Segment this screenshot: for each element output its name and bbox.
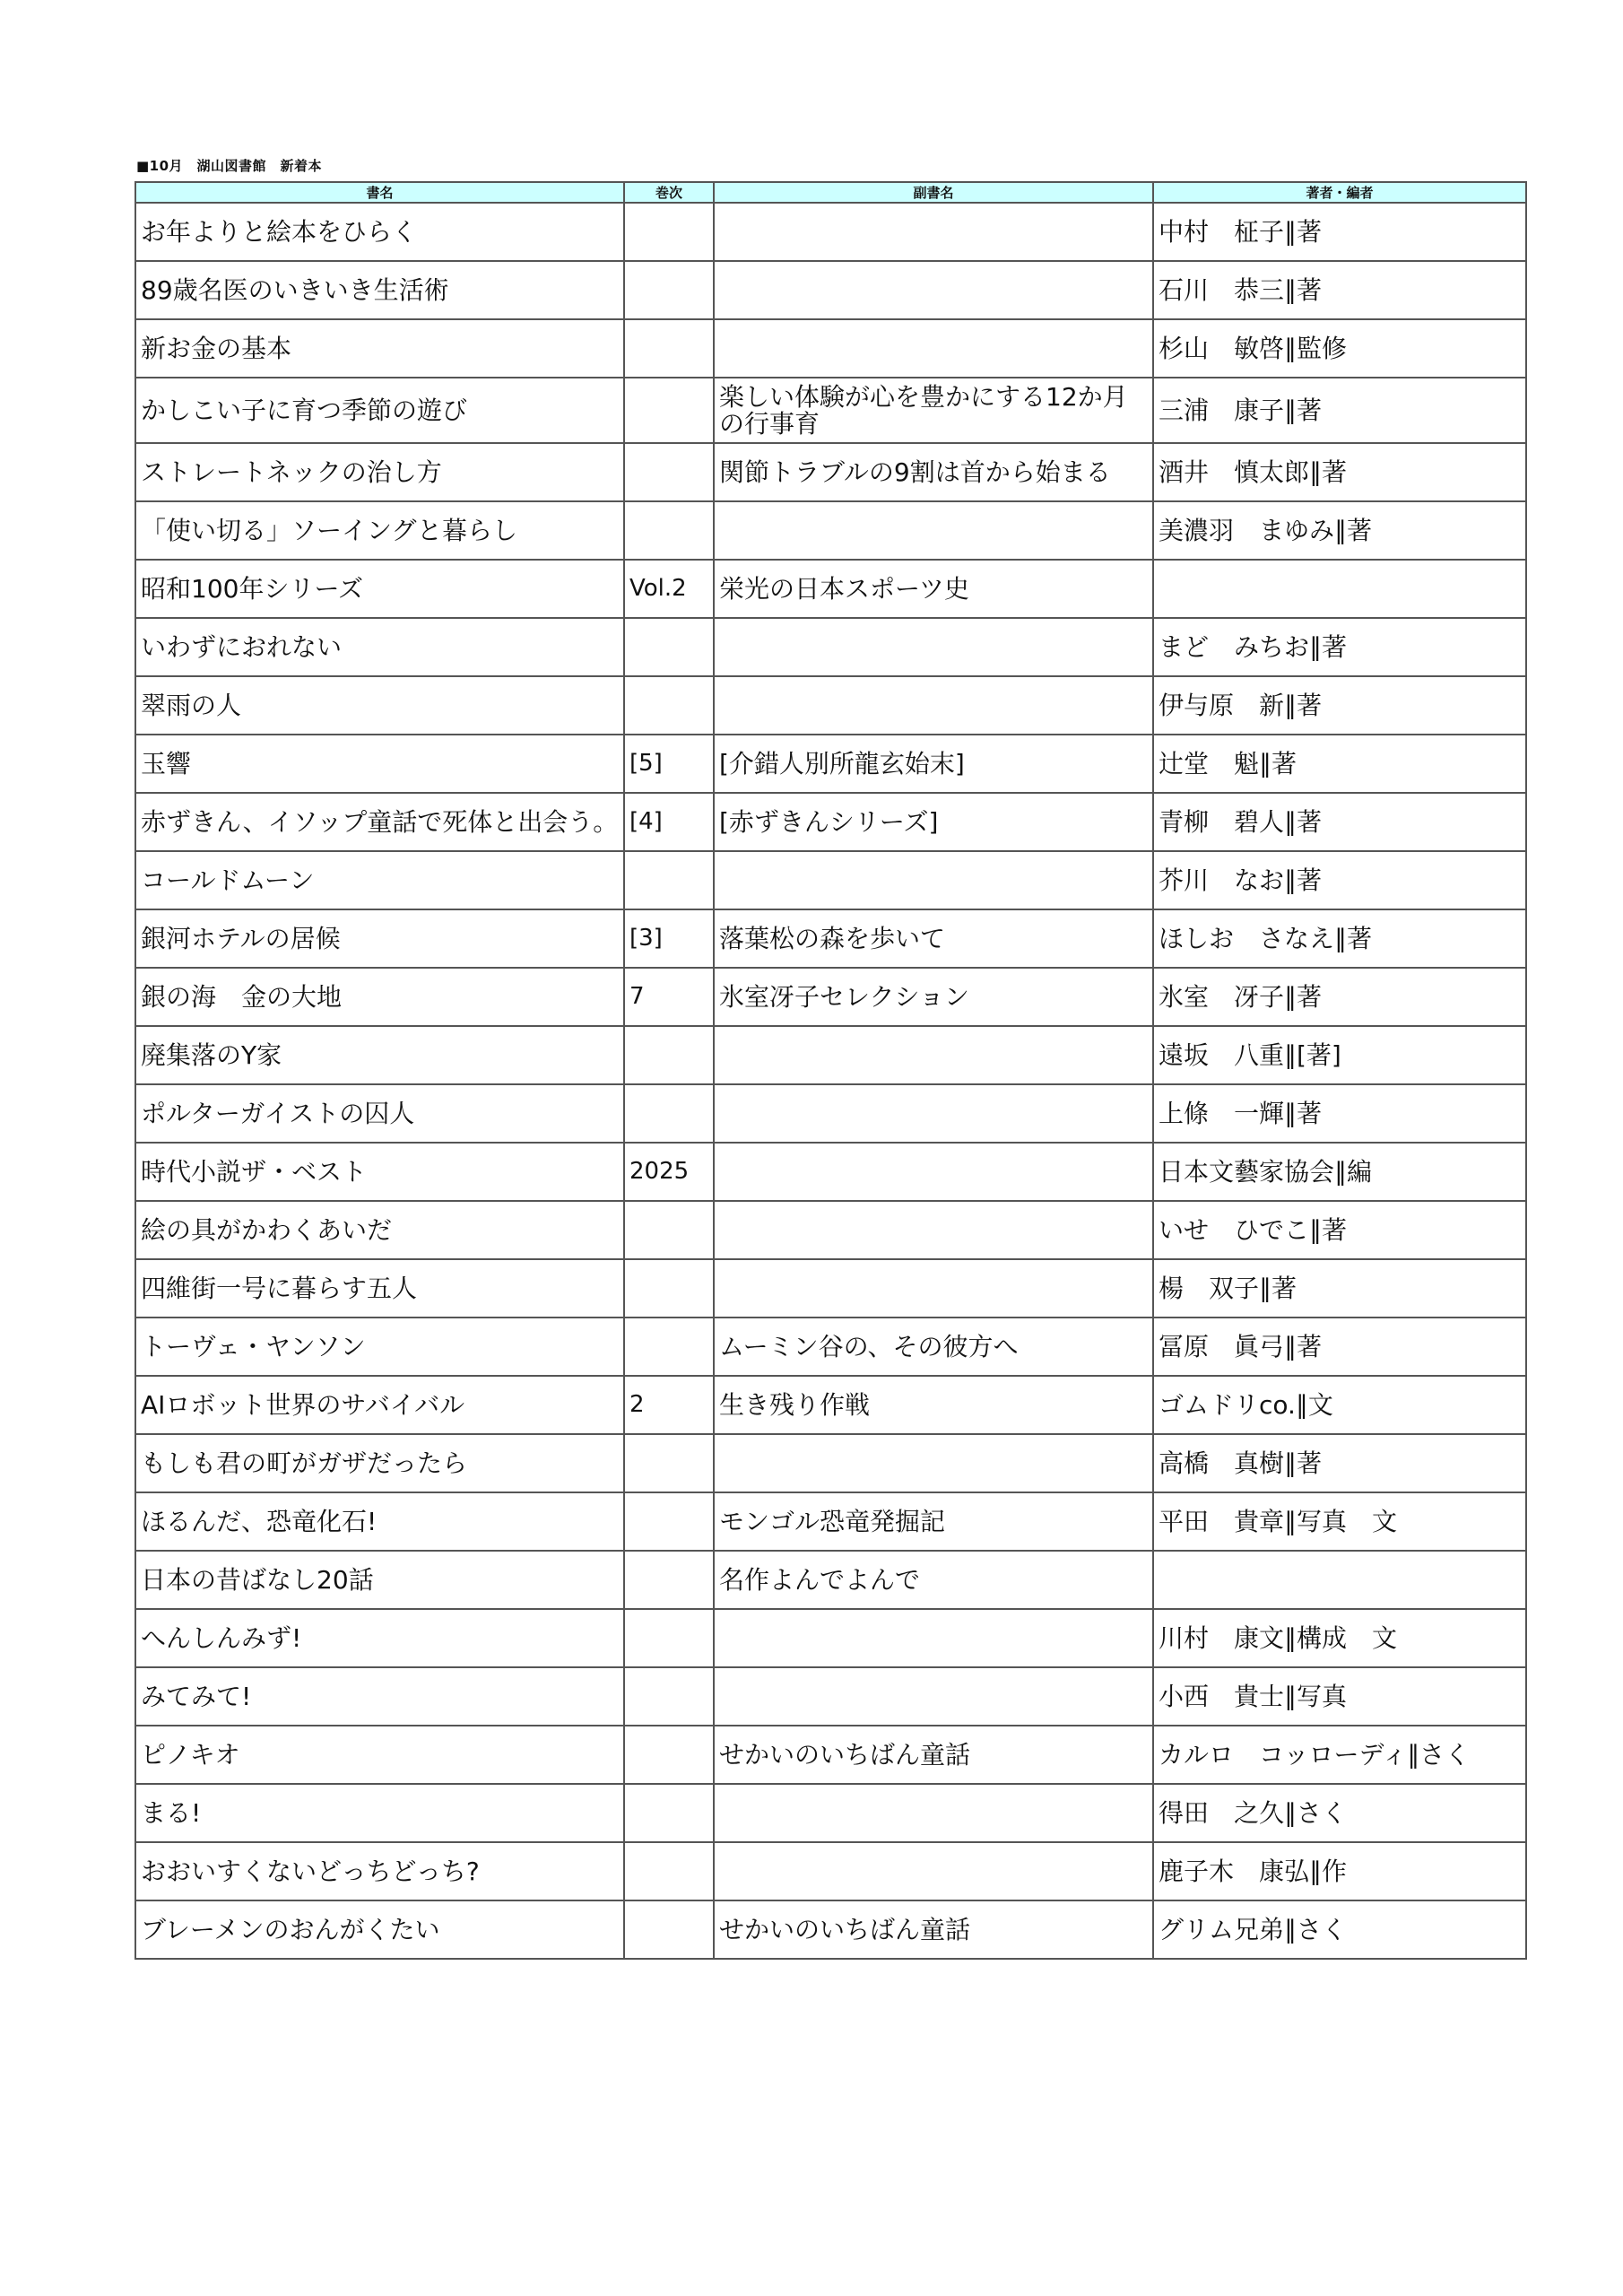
volume-cell bbox=[624, 1667, 714, 1726]
volume-cell bbox=[624, 1900, 714, 1959]
subtitle-cell: せかいのいちばん童話 bbox=[714, 1726, 1153, 1784]
author-cell: 青柳 碧人∥著 bbox=[1153, 793, 1526, 851]
author-cell: 美濃羽 まゆみ∥著 bbox=[1153, 501, 1526, 560]
book-title-cell: みてみて! bbox=[135, 1667, 624, 1726]
table-row: 新お金の基本杉山 敏啓∥監修 bbox=[135, 319, 1526, 378]
volume-cell bbox=[624, 1726, 714, 1784]
author-cell: 得田 之久∥さく bbox=[1153, 1784, 1526, 1842]
table-row: 玉響[5][介錯人別所龍玄始末]辻堂 魁∥著 bbox=[135, 735, 1526, 793]
author-cell: ほしお さなえ∥著 bbox=[1153, 909, 1526, 968]
table-row: ポルターガイストの囚人上條 一輝∥著 bbox=[135, 1084, 1526, 1143]
table-row: ピノキオせかいのいちばん童話カルロ コッローディ∥さく bbox=[135, 1726, 1526, 1784]
volume-cell bbox=[624, 501, 714, 560]
table-row: 銀の海 金の大地7氷室冴子セレクション氷室 冴子∥著 bbox=[135, 968, 1526, 1026]
author-cell: グリム兄弟∥さく bbox=[1153, 1900, 1526, 1959]
subtitle-cell bbox=[714, 501, 1153, 560]
book-title-cell: 昭和100年シリーズ bbox=[135, 560, 624, 618]
table-row: トーヴェ・ヤンソンムーミン谷の、その彼方へ冨原 眞弓∥著 bbox=[135, 1318, 1526, 1376]
table-header-row: 書名 巻次 副書名 著者・編者 bbox=[135, 182, 1526, 203]
book-title-cell: 四維街一号に暮らす五人 bbox=[135, 1259, 624, 1318]
author-cell: 三浦 康子∥著 bbox=[1153, 378, 1526, 443]
author-cell: いせ ひでこ∥著 bbox=[1153, 1201, 1526, 1259]
table-row: へんしんみず!川村 康文∥構成 文 bbox=[135, 1609, 1526, 1667]
table-row: 日本の昔ばなし20話名作よんでよんで bbox=[135, 1551, 1526, 1609]
book-title-cell: ほるんだ、恐竜化石! bbox=[135, 1492, 624, 1551]
author-cell: 冨原 眞弓∥著 bbox=[1153, 1318, 1526, 1376]
subtitle-cell bbox=[714, 1842, 1153, 1900]
table-row: 「使い切る」ソーイングと暮らし美濃羽 まゆみ∥著 bbox=[135, 501, 1526, 560]
book-title-cell: かしこい子に育つ季節の遊び bbox=[135, 378, 624, 443]
subtitle-cell: 氷室冴子セレクション bbox=[714, 968, 1153, 1026]
author-cell: 鹿子木 康弘∥作 bbox=[1153, 1842, 1526, 1900]
volume-cell: [3] bbox=[624, 909, 714, 968]
subtitle-cell: 生き残り作戦 bbox=[714, 1376, 1153, 1434]
book-title-cell: コールドムーン bbox=[135, 851, 624, 909]
book-title-cell: ポルターガイストの囚人 bbox=[135, 1084, 624, 1143]
book-title-cell: ストレートネックの治し方 bbox=[135, 443, 624, 501]
volume-cell: [4] bbox=[624, 793, 714, 851]
author-cell: 川村 康文∥構成 文 bbox=[1153, 1609, 1526, 1667]
volume-cell bbox=[624, 618, 714, 676]
author-cell: 高橋 真樹∥著 bbox=[1153, 1434, 1526, 1492]
table-row: ストレートネックの治し方関節トラブルの9割は首から始まる酒井 慎太郎∥著 bbox=[135, 443, 1526, 501]
author-cell: 酒井 慎太郎∥著 bbox=[1153, 443, 1526, 501]
author-cell: 日本文藝家協会∥編 bbox=[1153, 1143, 1526, 1201]
author-cell: 遠坂 八重∥[著] bbox=[1153, 1026, 1526, 1084]
volume-cell bbox=[624, 1784, 714, 1842]
subtitle-cell bbox=[714, 1784, 1153, 1842]
table-row: かしこい子に育つ季節の遊び楽しい体験が心を豊かにする12か月の行事育三浦 康子∥… bbox=[135, 378, 1526, 443]
subtitle-cell: 落葉松の森を歩いて bbox=[714, 909, 1153, 968]
book-title-cell: 銀河ホテルの居候 bbox=[135, 909, 624, 968]
table-row: いわずにおれないまど みちお∥著 bbox=[135, 618, 1526, 676]
author-cell: 氷室 冴子∥著 bbox=[1153, 968, 1526, 1026]
table-row: おおいすくないどっちどっち?鹿子木 康弘∥作 bbox=[135, 1842, 1526, 1900]
column-header-title: 書名 bbox=[135, 182, 624, 203]
subtitle-cell bbox=[714, 1026, 1153, 1084]
book-title-cell: ピノキオ bbox=[135, 1726, 624, 1784]
column-header-subtitle: 副書名 bbox=[714, 182, 1153, 203]
author-cell: カルロ コッローディ∥さく bbox=[1153, 1726, 1526, 1784]
book-title-cell: へんしんみず! bbox=[135, 1609, 624, 1667]
volume-cell: 7 bbox=[624, 968, 714, 1026]
volume-cell bbox=[624, 261, 714, 319]
table-row: 四維街一号に暮らす五人楊 双子∥著 bbox=[135, 1259, 1526, 1318]
table-row: 昭和100年シリーズVol.2栄光の日本スポーツ史 bbox=[135, 560, 1526, 618]
volume-cell bbox=[624, 676, 714, 735]
volume-cell: 2025 bbox=[624, 1143, 714, 1201]
book-title-cell: 「使い切る」ソーイングと暮らし bbox=[135, 501, 624, 560]
subtitle-cell bbox=[714, 1201, 1153, 1259]
book-title-cell: おおいすくないどっちどっち? bbox=[135, 1842, 624, 1900]
volume-cell: [5] bbox=[624, 735, 714, 793]
subtitle-cell: [赤ずきんシリーズ] bbox=[714, 793, 1153, 851]
subtitle-cell: 関節トラブルの9割は首から始まる bbox=[714, 443, 1153, 501]
book-title-cell: AIロボット世界のサバイバル bbox=[135, 1376, 624, 1434]
subtitle-cell: 楽しい体験が心を豊かにする12か月の行事育 bbox=[714, 378, 1153, 443]
book-title-cell: 玉響 bbox=[135, 735, 624, 793]
volume-cell bbox=[624, 203, 714, 261]
volume-cell bbox=[624, 443, 714, 501]
subtitle-cell bbox=[714, 319, 1153, 378]
author-cell: 楊 双子∥著 bbox=[1153, 1259, 1526, 1318]
subtitle-cell: モンゴル恐竜発掘記 bbox=[714, 1492, 1153, 1551]
subtitle-cell bbox=[714, 1434, 1153, 1492]
author-cell: 石川 恭三∥著 bbox=[1153, 261, 1526, 319]
author-cell bbox=[1153, 560, 1526, 618]
book-title-cell: 時代小説ザ・ベスト bbox=[135, 1143, 624, 1201]
subtitle-cell: [介錯人別所龍玄始末] bbox=[714, 735, 1153, 793]
page-heading: ■10月 湖山図書館 新着本 bbox=[136, 156, 322, 175]
subtitle-cell: 名作よんでよんで bbox=[714, 1551, 1153, 1609]
table-row: 89歳名医のいきいき生活術石川 恭三∥著 bbox=[135, 261, 1526, 319]
volume-cell bbox=[624, 1084, 714, 1143]
subtitle-cell bbox=[714, 1084, 1153, 1143]
book-title-cell: いわずにおれない bbox=[135, 618, 624, 676]
book-title-cell: 日本の昔ばなし20話 bbox=[135, 1551, 624, 1609]
subtitle-cell: 栄光の日本スポーツ史 bbox=[714, 560, 1153, 618]
author-cell: 上條 一輝∥著 bbox=[1153, 1084, 1526, 1143]
table-row: 絵の具がかわくあいだいせ ひでこ∥著 bbox=[135, 1201, 1526, 1259]
table-row: 翠雨の人伊与原 新∥著 bbox=[135, 676, 1526, 735]
volume-cell bbox=[624, 1609, 714, 1667]
table-row: 赤ずきん、イソップ童話で死体と出会う。[4][赤ずきんシリーズ]青柳 碧人∥著 bbox=[135, 793, 1526, 851]
book-title-cell: お年よりと絵本をひらく bbox=[135, 203, 624, 261]
volume-cell bbox=[624, 1201, 714, 1259]
book-title-cell: 廃集落のY家 bbox=[135, 1026, 624, 1084]
author-cell: 杉山 敏啓∥監修 bbox=[1153, 319, 1526, 378]
volume-cell bbox=[624, 1434, 714, 1492]
subtitle-cell bbox=[714, 1259, 1153, 1318]
table-row: 廃集落のY家遠坂 八重∥[著] bbox=[135, 1026, 1526, 1084]
table-row: お年よりと絵本をひらく中村 柾子∥著 bbox=[135, 203, 1526, 261]
table-row: AIロボット世界のサバイバル2生き残り作戦ゴムドリco.∥文 bbox=[135, 1376, 1526, 1434]
author-cell: 平田 貴章∥写真 文 bbox=[1153, 1492, 1526, 1551]
table-row: 銀河ホテルの居候[3]落葉松の森を歩いてほしお さなえ∥著 bbox=[135, 909, 1526, 968]
volume-cell bbox=[624, 1259, 714, 1318]
subtitle-cell: せかいのいちばん童話 bbox=[714, 1900, 1153, 1959]
book-title-cell: ブレーメンのおんがくたい bbox=[135, 1900, 624, 1959]
table-row: 時代小説ザ・ベスト2025日本文藝家協会∥編 bbox=[135, 1143, 1526, 1201]
book-title-cell: 新お金の基本 bbox=[135, 319, 624, 378]
volume-cell bbox=[624, 1026, 714, 1084]
book-title-cell: 絵の具がかわくあいだ bbox=[135, 1201, 624, 1259]
subtitle-cell bbox=[714, 618, 1153, 676]
author-cell: ゴムドリco.∥文 bbox=[1153, 1376, 1526, 1434]
new-books-table: 書名 巻次 副書名 著者・編者 お年よりと絵本をひらく中村 柾子∥著89歳名医の… bbox=[135, 181, 1527, 1960]
book-title-cell: 89歳名医のいきいき生活術 bbox=[135, 261, 624, 319]
table-row: まる!得田 之久∥さく bbox=[135, 1784, 1526, 1842]
book-title-cell: もしも君の町がガザだったら bbox=[135, 1434, 624, 1492]
volume-cell bbox=[624, 851, 714, 909]
column-header-author: 著者・編者 bbox=[1153, 182, 1526, 203]
subtitle-cell bbox=[714, 1667, 1153, 1726]
volume-cell bbox=[624, 319, 714, 378]
book-title-cell: 翠雨の人 bbox=[135, 676, 624, 735]
author-cell: 伊与原 新∥著 bbox=[1153, 676, 1526, 735]
book-title-cell: トーヴェ・ヤンソン bbox=[135, 1318, 624, 1376]
subtitle-cell bbox=[714, 1609, 1153, 1667]
subtitle-cell bbox=[714, 1143, 1153, 1201]
subtitle-cell bbox=[714, 676, 1153, 735]
volume-cell: Vol.2 bbox=[624, 560, 714, 618]
table-row: もしも君の町がガザだったら高橋 真樹∥著 bbox=[135, 1434, 1526, 1492]
volume-cell bbox=[624, 1318, 714, 1376]
author-cell bbox=[1153, 1551, 1526, 1609]
author-cell: 小西 貴士∥写真 bbox=[1153, 1667, 1526, 1726]
subtitle-cell bbox=[714, 851, 1153, 909]
volume-cell bbox=[624, 1842, 714, 1900]
table-row: みてみて!小西 貴士∥写真 bbox=[135, 1667, 1526, 1726]
table-row: ほるんだ、恐竜化石!モンゴル恐竜発掘記平田 貴章∥写真 文 bbox=[135, 1492, 1526, 1551]
volume-cell bbox=[624, 378, 714, 443]
subtitle-cell bbox=[714, 261, 1153, 319]
table-row: コールドムーン芥川 なお∥著 bbox=[135, 851, 1526, 909]
subtitle-cell: ムーミン谷の、その彼方へ bbox=[714, 1318, 1153, 1376]
author-cell: まど みちお∥著 bbox=[1153, 618, 1526, 676]
book-title-cell: まる! bbox=[135, 1784, 624, 1842]
author-cell: 芥川 なお∥著 bbox=[1153, 851, 1526, 909]
column-header-volume: 巻次 bbox=[624, 182, 714, 203]
book-title-cell: 銀の海 金の大地 bbox=[135, 968, 624, 1026]
volume-cell bbox=[624, 1492, 714, 1551]
volume-cell: 2 bbox=[624, 1376, 714, 1434]
author-cell: 中村 柾子∥著 bbox=[1153, 203, 1526, 261]
table-row: ブレーメンのおんがくたいせかいのいちばん童話グリム兄弟∥さく bbox=[135, 1900, 1526, 1959]
subtitle-cell bbox=[714, 203, 1153, 261]
book-title-cell: 赤ずきん、イソップ童話で死体と出会う。 bbox=[135, 793, 624, 851]
author-cell: 辻堂 魁∥著 bbox=[1153, 735, 1526, 793]
volume-cell bbox=[624, 1551, 714, 1609]
